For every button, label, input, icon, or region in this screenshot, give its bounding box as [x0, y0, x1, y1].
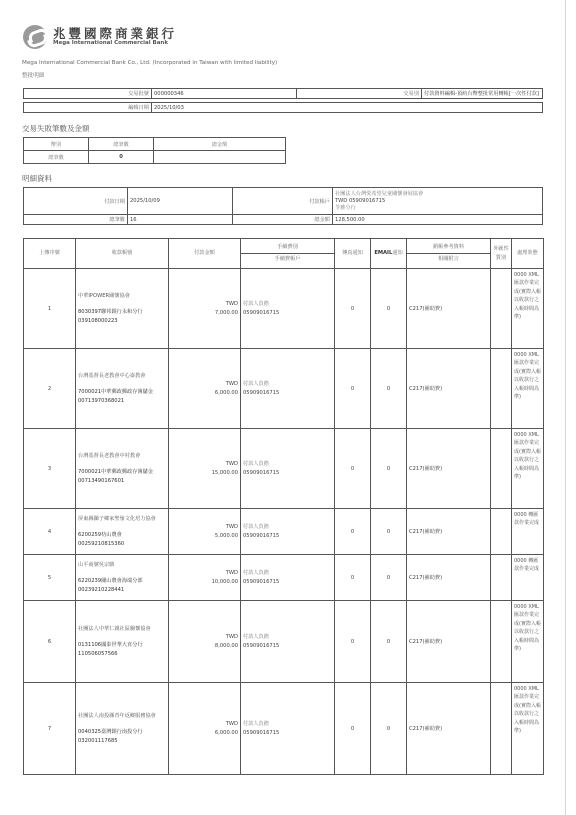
row-payee: 中華IPOWER關懷協會 8030397聯邦銀行永和分行 03910800022… [76, 269, 169, 349]
row-status: 0000 轉匯款作業完成 [512, 555, 544, 601]
col-count: 總筆數 [89, 138, 154, 151]
row-seq: 3 [24, 429, 76, 509]
bank-name-en: Mega International Commercial Bank [53, 40, 168, 46]
row-payee-account: 00713970368021 [78, 397, 166, 405]
row-payee-name: 台灣基督長老教會中心崙教會 [78, 372, 166, 380]
row-currency: TWD [171, 569, 238, 577]
row-payee: 台灣基督長老教會中村教會 7000021中華郵政郵政存簿儲金 007134901… [76, 429, 169, 509]
col-fee-type: 手續費別 [243, 243, 332, 252]
row-ref: C217(補助費) [407, 509, 491, 555]
row-seq: 2 [24, 349, 76, 429]
row-fx [491, 683, 512, 775]
pay-date-label: 付款日期 [24, 188, 128, 215]
row-status: 0000 轉匯款作業完成 [512, 509, 544, 555]
row-fee-account: 05909016715 [243, 729, 332, 737]
row-ref: C217(補助費) [407, 555, 491, 601]
pay-account-branch: 苓雅分行 [335, 205, 540, 212]
row-email: 0 [371, 601, 407, 683]
col-amount: 總金額 [154, 138, 286, 151]
row-payee-bank: 6200259枋山農會 [78, 531, 166, 539]
row-currency: TWD [171, 460, 238, 468]
row-payee-bank: 0040325臺灣銀行南投分行 [78, 728, 166, 736]
row-status: 0000 XML匯款作業完成(實際入帳以收款行之入帳時間為準) [512, 349, 544, 429]
table-row: 2 台灣基督長老教會中心崙教會 7000021中華郵政郵政存簿儲金 007139… [24, 349, 544, 429]
row-email: 0 [371, 349, 407, 429]
failed-summary-table: 幣別 總筆數 總金額 總筆數 0 [23, 137, 286, 164]
row-status: 0000 XML匯款作業完成(實際入帳以收款行之入帳時間為準) [512, 269, 544, 349]
row-fx [491, 429, 512, 509]
row-fee: 付款人負擔 05909016715 [241, 349, 335, 429]
row-payee-name: 屏東縣獅子鄉家聖嶺文化培力協會 [78, 515, 166, 523]
page-edge-divider [565, 0, 566, 815]
row-fax: 0 [335, 601, 371, 683]
row-fee: 付款人負擔 05909016715 [241, 429, 335, 509]
table-row: 5 山平商號吳宗駿 6220239關山農會海端分部 00239210228441… [24, 555, 544, 601]
row-payee-account: 00259210815360 [78, 540, 166, 548]
row-ref: C217(補助費) [407, 349, 491, 429]
txn-type-value: 付款資料編輯-預約台幣整批常用轉帳[一次性付款] [422, 89, 543, 99]
row-amount: TWD 5,000.00 [169, 509, 241, 555]
row-email: 0 [371, 509, 407, 555]
failed-amount [154, 151, 286, 164]
row-payee: 社團法人南投縣青年返鄉服務協會 0040325臺灣銀行南投分行 03200111… [76, 683, 169, 775]
row-email: 0 [371, 269, 407, 349]
row-amount-value: 5,000.00 [171, 532, 238, 540]
row-fx [491, 349, 512, 429]
row-seq: 5 [24, 555, 76, 601]
row-payee-bank: 7000021中華郵政郵政存簿儲金 [78, 388, 166, 396]
row-fx [491, 509, 512, 555]
row-payee: 屏東縣獅子鄉家聖嶺文化培力協會 6200259枋山農會 002592108153… [76, 509, 169, 555]
row-fee-account: 05909016715 [243, 532, 332, 540]
row-amount-value: 6,000.00 [171, 729, 238, 737]
failed-row-label: 總筆數 [24, 151, 89, 164]
payment-summary-table: 付款日期 2025/10/09 付款帳戶 社團法人台灣愛希望兒童關懷發展協會 T… [23, 187, 543, 225]
col-ref: 銷帳參考資料 相關附言 [407, 239, 491, 269]
col-fx-type: 外匯性質別 [491, 239, 512, 269]
transaction-detail-table: 上傳序號 收款帳號 付款金額 手續費別 手續費帳戶 傳真通知 EMAIL通知 銷… [23, 238, 544, 775]
row-amount: TWD 10,000.00 [169, 555, 241, 601]
row-fee-type: 付款人負擔 [243, 460, 332, 468]
row-fax: 0 [335, 429, 371, 509]
total-count-value: 16 [128, 215, 233, 225]
row-amount: TWD 8,000.00 [169, 601, 241, 683]
row-amount-value: 8,000.00 [171, 642, 238, 650]
row-payee-name: 社團法人中華仁親社區關懷協會 [78, 625, 166, 633]
row-payee: 台灣基督長老教會中心崙教會 7000021中華郵政郵政存簿儲金 00713970… [76, 349, 169, 429]
pay-account-label: 付款帳戶 [233, 188, 333, 215]
row-fee-type: 付款人負擔 [243, 523, 332, 531]
batch-info-table: 交易批號 000000346 交易別 付款資料編輯-預約台幣整批常用轉帳[一次性… [23, 88, 543, 99]
row-fax: 0 [335, 509, 371, 555]
row-payee: 山平商號吳宗駿 6220239關山農會海端分部 00239210228441 [76, 555, 169, 601]
col-seq: 上傳序號 [24, 239, 76, 269]
txn-type-label: 交易別 [297, 89, 422, 99]
row-fee: 付款人負擔 05909016715 [241, 509, 335, 555]
row-fee: 付款人負擔 05909016715 [241, 269, 335, 349]
row-amount-value: 6,000.00 [171, 389, 238, 397]
row-currency: TWD [171, 523, 238, 531]
row-fee-account: 05909016715 [243, 469, 332, 477]
row-email: 0 [371, 555, 407, 601]
table-row: 1 中華IPOWER關懷協會 8030397聯邦銀行永和分行 039108000… [24, 269, 544, 349]
row-fx [491, 601, 512, 683]
row-status: 0000 XML匯款作業完成(實際入帳以收款行之入帳時間為準) [512, 429, 544, 509]
row-amount: TWD 6,000.00 [169, 349, 241, 429]
table-row: 3 台灣基督長老教會中村教會 7000021中華郵政郵政存簿儲金 0071349… [24, 429, 544, 509]
row-email: 0 [371, 429, 407, 509]
col-ref-info: 銷帳參考資料 [409, 243, 488, 252]
row-payee-name: 台灣基督長老教會中村教會 [78, 452, 166, 460]
row-payee-bank: 6220239關山農會海端分部 [78, 577, 166, 585]
col-fee: 手續費別 手續費帳戶 [241, 239, 335, 269]
row-currency: TWD [171, 633, 238, 641]
col-fax-notice: 傳真通知 [335, 239, 371, 269]
col-email-suffix: 通知 [392, 250, 402, 256]
row-fee-account: 05909016715 [243, 309, 332, 317]
row-currency: TWD [171, 300, 238, 308]
table-row: 6 社團法人中華仁親社區關懷協會 0131106國泰世華大直分行 1105060… [24, 601, 544, 683]
total-amount-label: 總金額 [233, 215, 333, 225]
row-payee-account: 039108000223 [78, 317, 166, 325]
row-payee-account: 110506057566 [78, 650, 166, 658]
row-payee-name: 中華IPOWER關懷協會 [78, 292, 166, 300]
row-seq: 7 [24, 683, 76, 775]
col-fee-account: 手續費帳戶 [241, 253, 334, 264]
row-amount-value: 15,000.00 [171, 469, 238, 477]
row-fax: 0 [335, 349, 371, 429]
row-fee-account: 05909016715 [243, 578, 332, 586]
row-fee: 付款人負擔 05909016715 [241, 555, 335, 601]
batch-no-value: 000000346 [152, 89, 297, 99]
row-fee-account: 05909016715 [243, 642, 332, 650]
edit-date-value: 2025/10/03 [152, 103, 543, 113]
failed-section-title: 交易失敗筆數及金額 [22, 123, 90, 134]
row-status: 0000 XML匯款作業完成(實際入帳以收款行之入帳時間為準) [512, 683, 544, 775]
row-ref: C217(補助費) [407, 429, 491, 509]
row-fee: 付款人負擔 05909016715 [241, 601, 335, 683]
row-fee-type: 付款人負擔 [243, 569, 332, 577]
row-fax: 0 [335, 683, 371, 775]
row-payee: 社團法人中華仁親社區關懷協會 0131106國泰世華大直分行 110506057… [76, 601, 169, 683]
total-amount-value: 128,500.00 [333, 215, 543, 225]
row-amount: TWD 15,000.00 [169, 429, 241, 509]
pay-account-value: 社團法人台灣愛希望兒童關懷發展協會 TWD 05909016715 苓雅分行 [333, 188, 543, 215]
row-fee: 付款人負擔 05909016715 [241, 683, 335, 775]
pay-account-name: 社團法人台灣愛希望兒童關懷發展協會 [335, 191, 540, 198]
failed-count: 0 [89, 151, 154, 164]
pay-account-no: TWD 05909016715 [335, 198, 540, 205]
row-fee-account: 05909016715 [243, 389, 332, 397]
row-fx [491, 269, 512, 349]
edit-date-table: 編輯日期 2025/10/03 [23, 102, 543, 113]
row-payee-bank: 7000021中華郵政郵政存簿儲金 [78, 468, 166, 476]
row-payee-bank: 8030397聯邦銀行永和分行 [78, 308, 166, 316]
row-currency: TWD [171, 380, 238, 388]
row-payee-account: 00239210228441 [78, 586, 166, 594]
batch-no-label: 交易批號 [24, 89, 152, 99]
total-count-label: 總筆數 [24, 215, 128, 225]
row-amount-value: 10,000.00 [171, 578, 238, 586]
row-payee-account: 00713490167601 [78, 477, 166, 485]
bank-logo: 兆豐國際商業銀行 Mega International Commercial B… [23, 24, 163, 52]
row-amount-value: 7,000.00 [171, 309, 238, 317]
table-row: 4 屏東縣獅子鄉家聖嶺文化培力協會 6200259枋山農會 0025921081… [24, 509, 544, 555]
row-amount: TWD 7,000.00 [169, 269, 241, 349]
row-fee-type: 付款人負擔 [243, 380, 332, 388]
row-payee-name: 山平商號吳宗駿 [78, 561, 166, 569]
row-fee-type: 付款人負擔 [243, 720, 332, 728]
pay-date-value: 2025/10/09 [128, 188, 233, 215]
row-fx [491, 555, 512, 601]
batch-detail-label: 整批明細 [22, 71, 44, 79]
row-status: 0000 XML匯款作業完成(實際入帳以收款行之入帳時間為準) [512, 601, 544, 683]
col-email-notice: EMAIL通知 [371, 239, 407, 269]
table-row: 7 社團法人南投縣青年返鄉服務協會 0040325臺灣銀行南投分行 032001… [24, 683, 544, 775]
row-fee-type: 付款人負擔 [243, 300, 332, 308]
row-seq: 1 [24, 269, 76, 349]
row-payee-account: 032001117685 [78, 737, 166, 745]
edit-date-label: 編輯日期 [24, 103, 152, 113]
row-fee-type: 付款人負擔 [243, 633, 332, 641]
col-amount: 付款金額 [169, 239, 241, 269]
row-amount: TWD 6,000.00 [169, 683, 241, 775]
col-currency: 幣別 [24, 138, 89, 151]
col-memo: 相關附言 [407, 253, 490, 264]
bank-subtitle: Mega International Commercial Bank Co., … [22, 60, 277, 66]
col-status: 處理狀態 [512, 239, 544, 269]
row-ref: C217(補助費) [407, 269, 491, 349]
row-ref: C217(補助費) [407, 601, 491, 683]
row-seq: 6 [24, 601, 76, 683]
row-ref: C217(補助費) [407, 683, 491, 775]
row-payee-bank: 0131106國泰世華大直分行 [78, 641, 166, 649]
detail-section-title: 明細資料 [22, 173, 52, 184]
mega-bank-logo-icon [23, 25, 47, 49]
row-fax: 0 [335, 269, 371, 349]
col-payee-account: 收款帳號 [76, 239, 169, 269]
row-payee-name: 社團法人南投縣青年返鄉服務協會 [78, 712, 166, 720]
row-fax: 0 [335, 555, 371, 601]
row-email: 0 [371, 683, 407, 775]
row-currency: TWD [171, 720, 238, 728]
row-seq: 4 [24, 509, 76, 555]
